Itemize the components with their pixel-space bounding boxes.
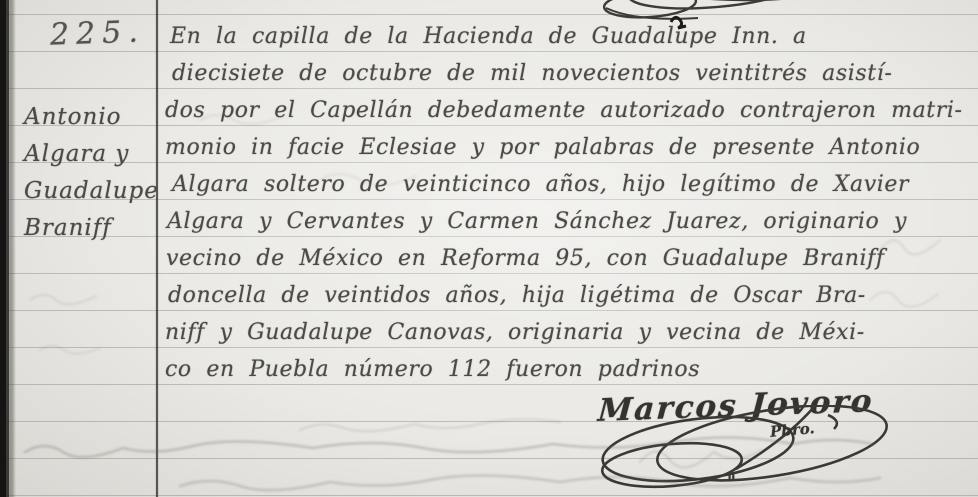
record-text-line: doncella de veintidos años, hija ligétim… xyxy=(168,283,866,308)
priest-title: Pbro. xyxy=(769,419,815,441)
record-text-line: dos por el Capellán debedamente autoriza… xyxy=(165,98,963,123)
record-text-line: monio in facie Eclesiae y por palabras d… xyxy=(165,135,920,160)
priest-signature-name: Marcos Jovoro xyxy=(597,383,875,429)
margin-name-line: Braniff xyxy=(24,215,112,241)
record-text-line: diecisiete de octubre de mil novecientos… xyxy=(172,61,892,86)
record-text-line: En la capilla de la Hacienda de Guadalup… xyxy=(170,24,807,49)
record-text-line: Algara y Cervantes y Carmen Sánchez Juar… xyxy=(167,209,907,234)
margin-name-line: Antonio xyxy=(24,104,122,130)
record-text-line: Algara soltero de veinticinco años, hijo… xyxy=(172,172,909,197)
column-divider-line xyxy=(156,0,158,497)
record-text-line: co en Puebla número 112 fueron padrinos xyxy=(165,357,700,382)
margin-name-line: Algara y xyxy=(24,141,129,167)
entry-number: 225. xyxy=(49,14,145,52)
rubric-tick-mark: " xyxy=(727,472,736,492)
record-text-line: niff y Guadalupe Canovas, originaria y v… xyxy=(165,320,865,345)
binding-edge xyxy=(0,0,16,497)
registry-page: 225. Antonio Algara y Guadalupe Braniff … xyxy=(0,0,978,497)
record-text-line: vecino de México en Reforma 95, con Guad… xyxy=(166,246,885,271)
margin-name-line: Guadalupe xyxy=(24,178,159,204)
